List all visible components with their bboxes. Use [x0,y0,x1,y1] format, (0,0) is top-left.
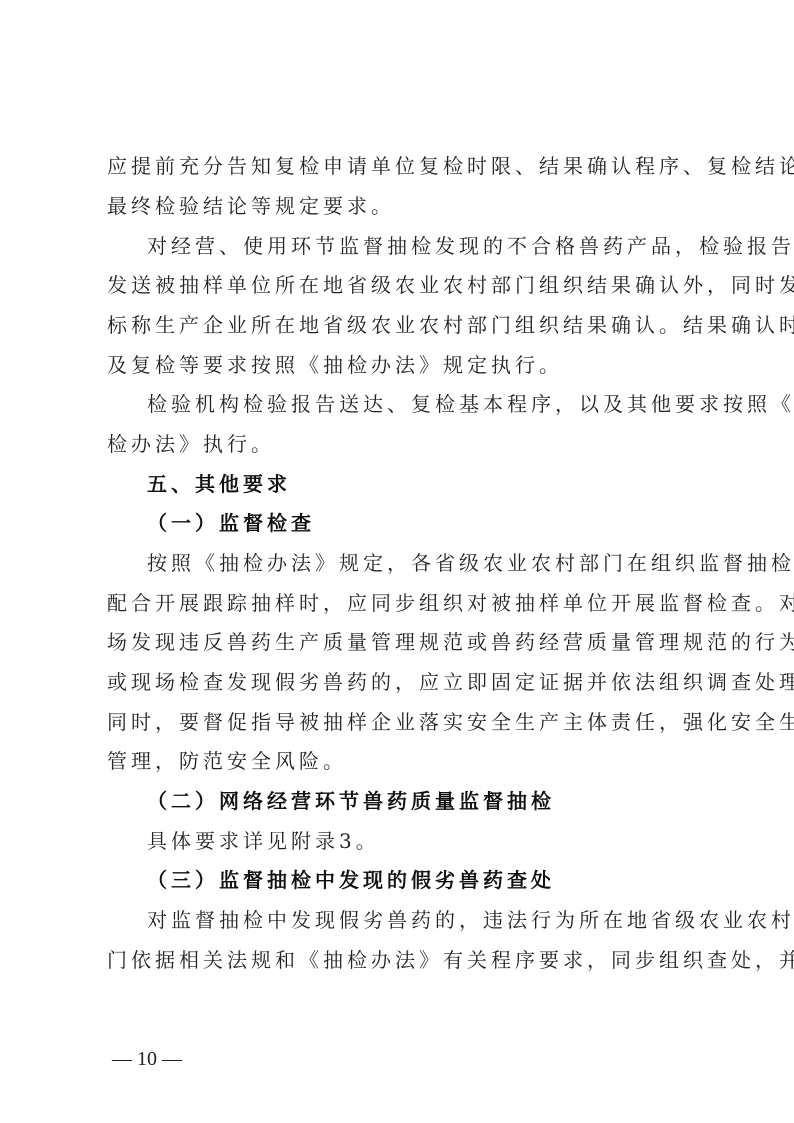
paragraph-line: 场发现违反兽药生产质量管理规范或兽药经营质量管理规范的行为， [107,630,794,654]
paragraph-line: 标称生产企业所在地省级农业农村部门组织结果确认。结果确认时限 [107,313,794,337]
paragraph-line: 应提前充分告知复检申请单位复检时限、结果确认程序、复检结论为 [107,154,794,178]
paragraph-line: 管理，防范安全风险。 [107,749,347,773]
paragraph-line: 配合开展跟踪抽样时，应同步组织对被抽样单位开展监督检查。对现 [107,591,794,615]
section-heading: （二）网络经营环节兽药质量监督抽检 [147,789,555,813]
paragraph-line: 按照《抽检办法》规定，各省级农业农村部门在组织监督抽检或 [147,551,794,575]
paragraph-line: 对监督抽检中发现假劣兽药的，违法行为所在地省级农业农村部 [147,908,794,932]
paragraph-line: 具体要求详见附录3。 [147,829,380,853]
paragraph-line: 检验机构检验报告送达、复检基本程序，以及其他要求按照《抽 [147,392,794,416]
section-heading: （一）监督检查 [147,511,315,535]
paragraph-line: 同时，要督促指导被抽样企业落实安全生产主体责任，强化安全生产 [107,710,794,734]
paragraph-line: 最终检验结论等规定要求。 [107,194,395,218]
paragraph-line: 门依据相关法规和《抽检办法》有关程序要求，同步组织查处，并按 [107,948,794,972]
paragraph-line: 发送被抽样单位所在地省级农业农村部门组织结果确认外，同时发送 [107,273,794,297]
paragraph-line: 及复检等要求按照《抽检办法》规定执行。 [107,353,563,377]
page-number: — 10 — [112,1048,182,1071]
paragraph-line: 检办法》执行。 [107,432,275,456]
section-heading: 五、其他要求 [147,472,291,496]
document-page: 应提前充分告知复检申请单位复检时限、结果确认程序、复检结论为最终检验结论等规定要… [0,0,794,1123]
section-heading: （三）监督抽检中发现的假劣兽药查处 [147,868,555,892]
paragraph-line: 或现场检查发现假劣兽药的，应立即固定证据并依法组织调查处理。 [107,670,794,694]
paragraph-line: 对经营、使用环节监督抽检发现的不合格兽药产品，检验报告除 [147,234,794,258]
